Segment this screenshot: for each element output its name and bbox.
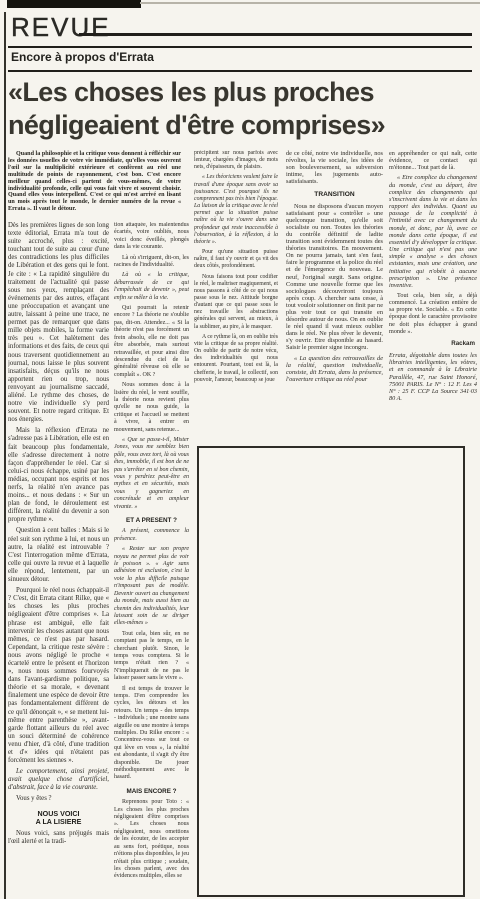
- paragraph: Mais la réflexion d'Errata ne s'adresse …: [8, 427, 109, 524]
- newspaper-page: REVUE Encore à propos d'Errata «Les chos…: [0, 0, 480, 899]
- header-rule-bottom: [8, 70, 472, 72]
- errata-availability-note: Errata, dégottable dans toutes les libra…: [389, 352, 477, 402]
- paragraph: Reprenons pour Toto : « Les choses les p…: [114, 799, 189, 880]
- headline-line-1: «Les choses les plus proches: [8, 76, 398, 109]
- section-title: REVUE: [11, 12, 111, 43]
- paragraph: précipitent sur nous parfois avec lenteu…: [194, 150, 278, 171]
- paragraph: « Que se passe-t-il, Mister Jones, vous …: [114, 437, 189, 511]
- paragraph: Nous ne disposons d'aucun moyen satisfai…: [286, 203, 383, 352]
- paragraph: A ce rythme là, on en oublie très vite l…: [194, 334, 278, 384]
- kicker: Encore à propos d'Errata: [11, 50, 154, 64]
- paragraph: « Les théoriciens veulent faire le trava…: [194, 174, 278, 246]
- headline-line-2: négligeaient d'être comprises»: [8, 109, 398, 142]
- paragraph: A présent, commence la présence.: [114, 528, 189, 543]
- text-column-4: de ce côté, notre vie individuelle, nos …: [286, 150, 383, 449]
- paragraph: Là où s'irriguent, dit-on, les racines d…: [114, 255, 189, 270]
- paragraph: en appréhender ce qui naît, cette éviden…: [389, 150, 477, 171]
- paragraph: tion attaquée, les malentendus écartés, …: [114, 222, 189, 252]
- paragraph: Là où « la critique, débarrassée de ce q…: [114, 272, 189, 302]
- paragraph: Nous voici, sans préjugés mais l'œil ale…: [8, 830, 109, 846]
- masthead-ink-bar: [7, 0, 141, 8]
- intro-paragraph: Quand la philosophie et la critique vous…: [8, 151, 181, 213]
- paragraph: Qui pourrait la retenir encore ? La théo…: [114, 305, 189, 379]
- paragraph: Le comportement, ainsi projeté, avait qu…: [8, 768, 109, 792]
- paragraph: Vous y êtes ?: [8, 795, 109, 803]
- subhead-mais-encore: MAIS ENCORE ?: [114, 788, 189, 795]
- paragraph: « La question des retrouvailles de la ré…: [286, 355, 383, 383]
- paragraph: Dès les premières lignes de son long tex…: [8, 222, 109, 424]
- subhead-et-a-present: ET A PRESENT ?: [114, 517, 189, 524]
- text-column-2: tion attaquée, les malentendus écartés, …: [114, 222, 189, 899]
- subhead-nous-voici: NOUS VOICI A LA LISIERE: [8, 810, 109, 826]
- paragraph: Question à cent balles : Mais si le réel…: [8, 527, 109, 584]
- paragraph: Tout cela, bien sûr, en ne comptant pas …: [114, 631, 189, 683]
- article-headline: «Les choses les plus proches négligeaien…: [8, 76, 398, 142]
- paragraph: Nous sommes donc à la lisière du réel, l…: [114, 382, 189, 434]
- header-rule-top: [8, 46, 472, 48]
- paragraph: Il est temps de trouver le temps. D'en c…: [114, 686, 189, 782]
- paragraph: de ce côté, notre vie individuelle, nos …: [286, 150, 383, 185]
- text-column-5: en appréhender ce qui naît, cette éviden…: [389, 150, 477, 446]
- text-column-1: Dès les premières lignes de son long tex…: [8, 222, 109, 899]
- empty-image-box: [197, 446, 465, 897]
- paragraph: « Rester sur son propre noyau ne permet …: [114, 546, 189, 627]
- paragraph: Pourquoi le réel nous échappait-il ? C'e…: [8, 587, 109, 765]
- paragraph: « Etre complice du changement du monde, …: [389, 174, 477, 289]
- author-signature: Rackam: [389, 340, 475, 347]
- subhead-transition: TRANSITION: [286, 191, 383, 198]
- page-left-rule: [4, 12, 6, 899]
- text-column-3: précipitent sur nous parfois avec lenteu…: [194, 150, 278, 449]
- scan-top-edge: [140, 2, 480, 4]
- paragraph: Pour qu'une situation puisse naître, il …: [194, 249, 278, 270]
- paragraph: Tout cela, bien sûr, a déjà commencé. La…: [389, 292, 477, 335]
- paragraph: Nous faisons tout pour codifier le réel,…: [194, 274, 278, 331]
- masthead-rule: [79, 33, 472, 36]
